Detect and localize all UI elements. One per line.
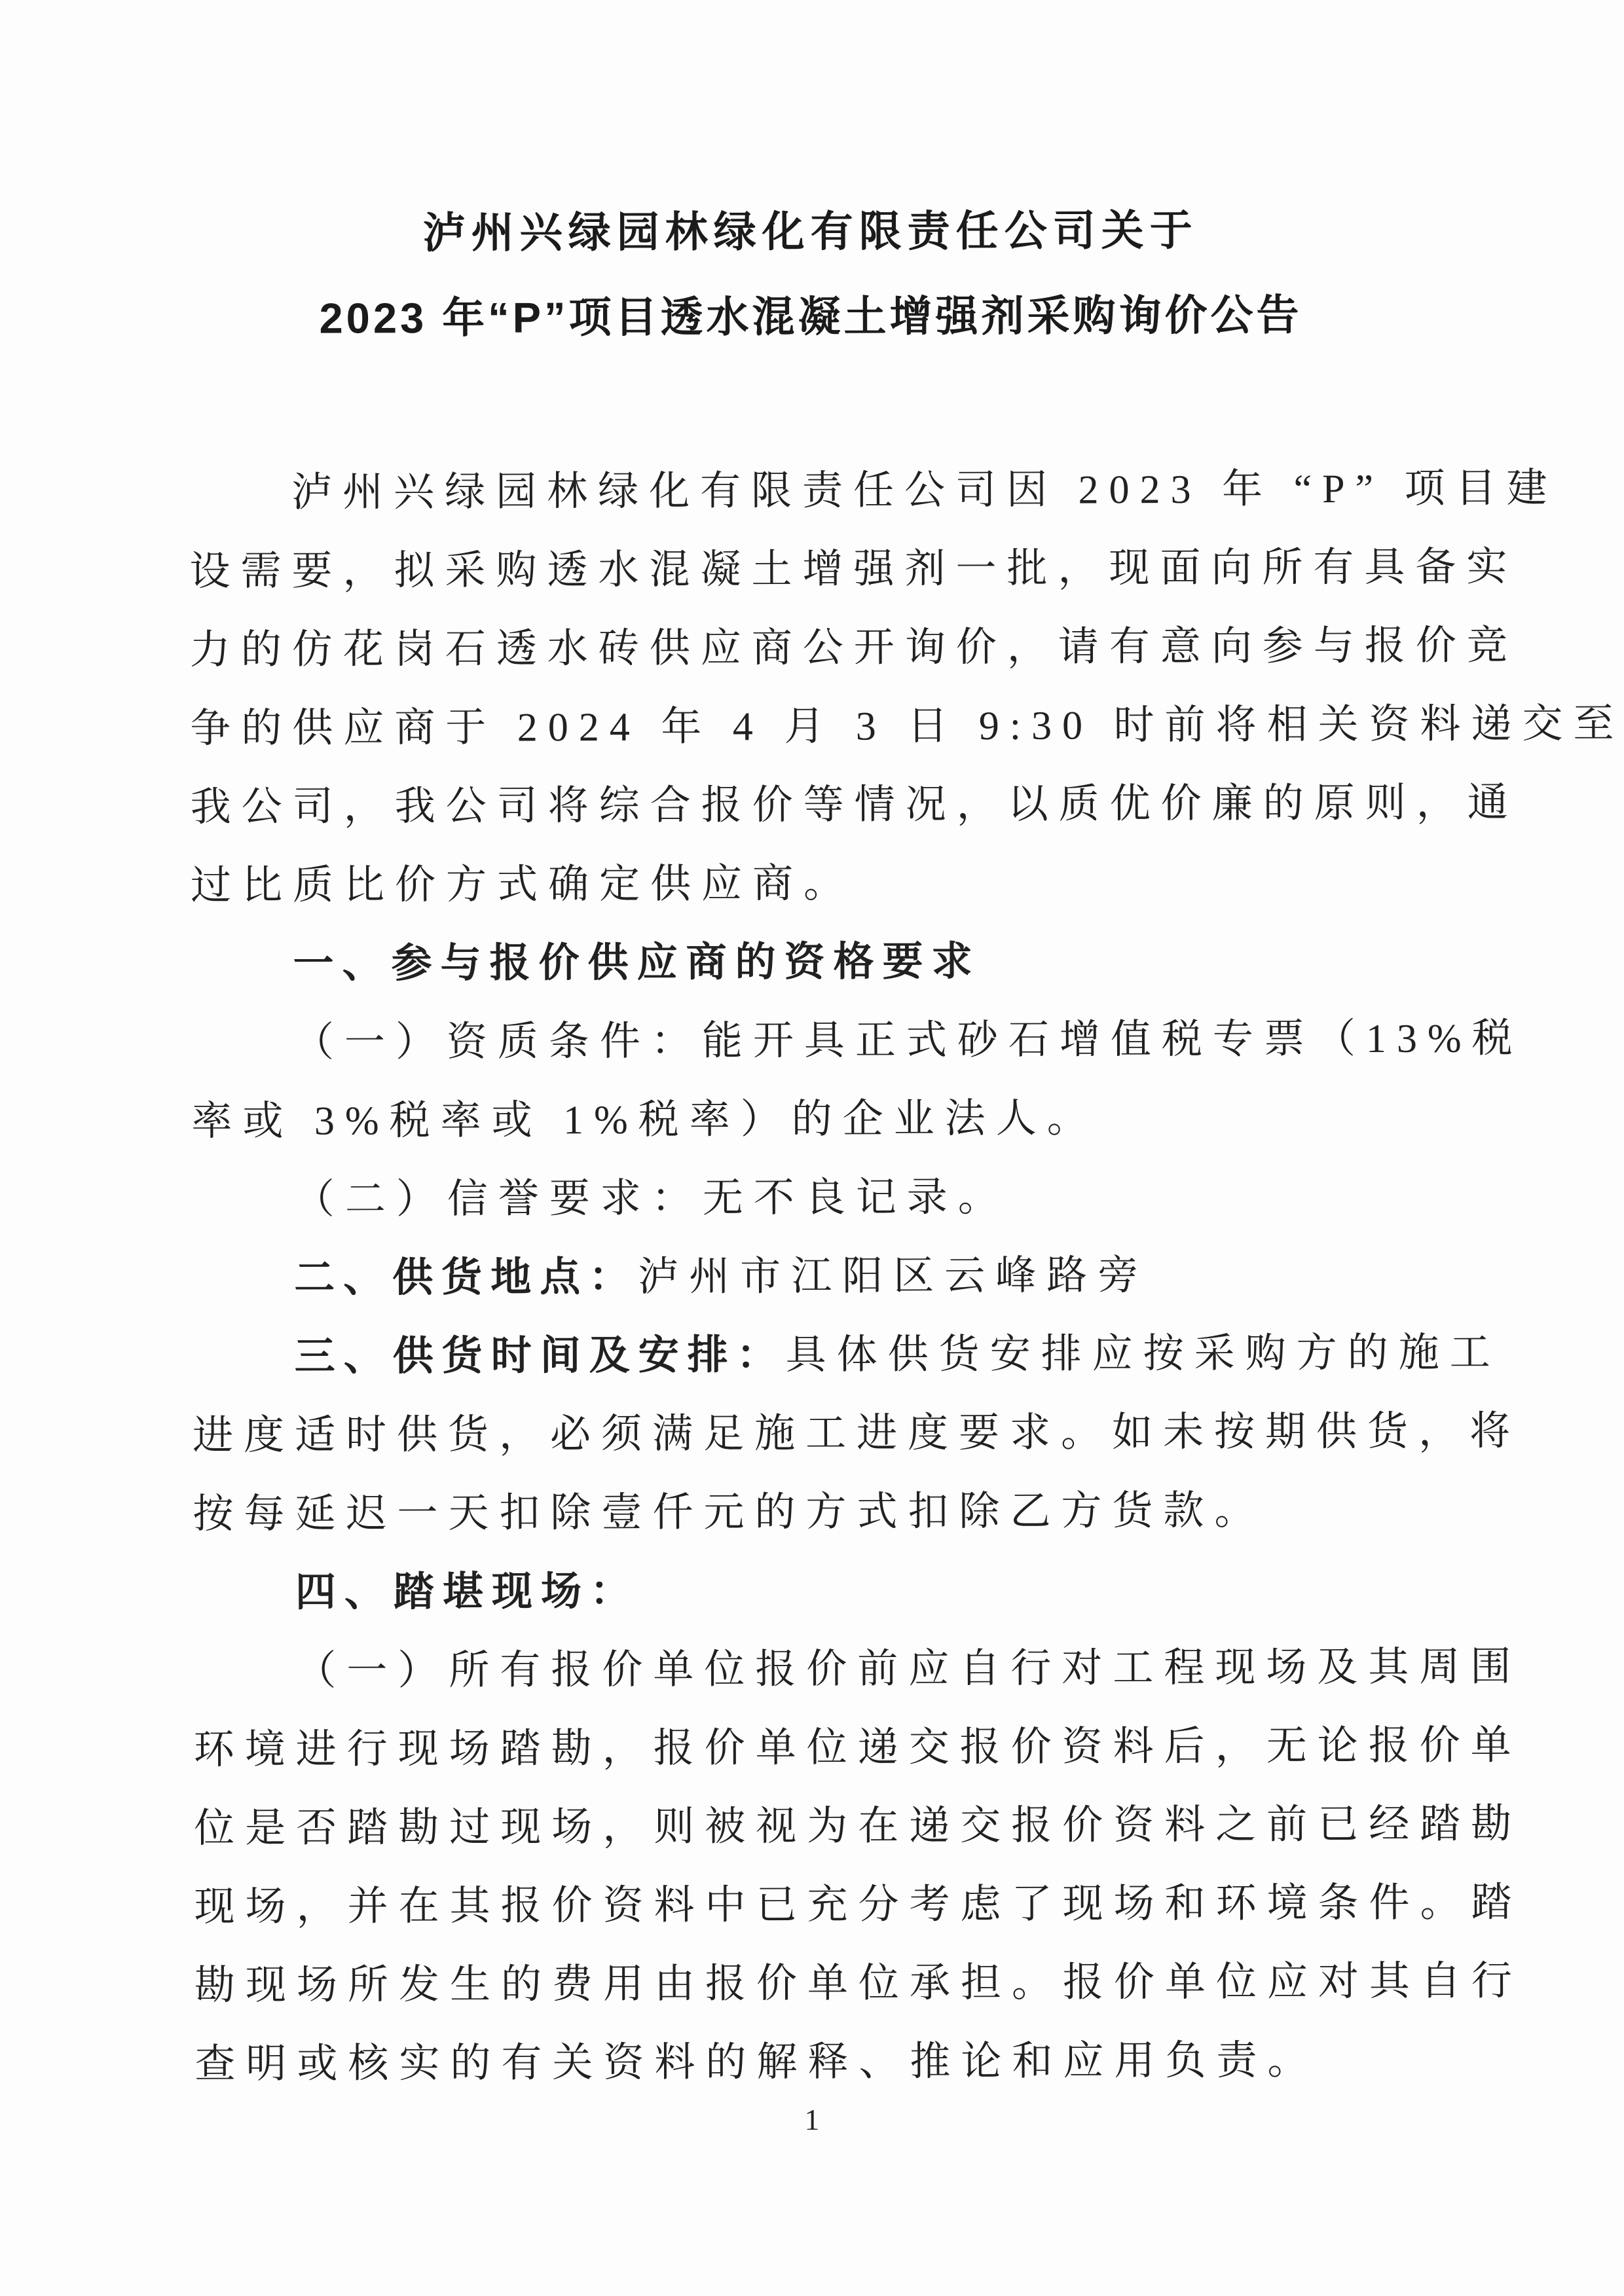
text-run: 进度适时供货，必须满足施工进度要求。如未按期供货，将	[193, 1409, 1521, 1458]
text-line: 率或 3%税率或 1%税率）的企业法人。	[191, 1078, 1435, 1161]
text-line: 现场，并在其报价资料中已充分考虑了现场和环境条件。踏	[194, 1864, 1438, 1947]
document-title-line-2: 2023 年“P”项目透水混凝土增强剂采购询价公告	[189, 289, 1433, 346]
text-line: 一、参与报价供应商的资格要求	[191, 921, 1435, 1004]
text-line: 环境进行现场踏勘，报价单位递交报价资料后，无论报价单	[194, 1707, 1438, 1790]
text-run: 现场，并在其报价资料中已充分考虑了现场和环境条件。踏	[194, 1880, 1522, 1929]
text-line: 争的供应商于 2024 年 4 月 3 日 9:30 时前将相关资料递交至	[190, 685, 1434, 769]
heading-run: 一、参与报价供应商的资格要求	[293, 939, 980, 987]
document-content: 泸州兴绿园林绿化有限责任公司关于 2023 年“P”项目透水混凝土增强剂采购询价…	[187, 0, 1439, 2104]
text-run: 按每延迟一天扣除壹仟元的方式扣除乙方货款。	[193, 1489, 1265, 1537]
text-line: 进度适时供货，必须满足施工进度要求。如未按期供货，将	[193, 1393, 1437, 1476]
heading-run: 三、供货时间及安排：	[295, 1332, 786, 1379]
page-number: 1	[0, 2100, 1624, 2140]
text-run: 争的供应商于 2024 年 4 月 3 日 9:30 时前将相关资料递交至	[190, 702, 1624, 752]
document-title-line-1: 泸州兴绿园林绿化有限责任公司关于	[188, 204, 1432, 261]
text-line: 过比质比价方式确定供应商。	[191, 843, 1435, 926]
text-run: 力的仿花岗石透水砖供应商公开询价，请有意向参与报价竞	[190, 623, 1518, 672]
text-run: （一）资质条件：能开具正式砂石增值税专票（13%税	[293, 1016, 1523, 1065]
text-line: （一）资质条件：能开具正式砂石增值税专票（13%税	[191, 1000, 1435, 1083]
text-run: 我公司，我公司将综合报价等情况，以质优价廉的原则，通	[191, 780, 1519, 829]
text-run: 设需要，拟采购透水混凝土增强剂一批，现面向所有具备实	[189, 545, 1517, 594]
document-page: 泸州兴绿园林绿化有限责任公司关于 2023 年“P”项目透水混凝土增强剂采购询价…	[0, 0, 1624, 2296]
text-run: 勘现场所发生的费用由报价单位承担。报价单位应对其自行	[194, 1959, 1522, 2008]
text-run: 率或 3%税率或 1%税率）的企业法人。	[191, 1096, 1098, 1144]
text-line: 按每延迟一天扣除壹仟元的方式扣除乙方货款。	[193, 1471, 1437, 1554]
text-run: （一）所有报价单位报价前应自行对工程现场及其周围	[295, 1645, 1521, 1694]
text-line: 泸州兴绿园林绿化有限责任公司因 2023 年 “P” 项目建	[189, 450, 1433, 533]
document-body: 泸州兴绿园林绿化有限责任公司因 2023 年 “P” 项目建设需要，拟采购透水混…	[189, 450, 1439, 2104]
text-run: 泸州市江阳区云峰路旁	[638, 1253, 1149, 1300]
text-line: 查明或核实的有关资料的解释、推论和应用负责。	[194, 2021, 1439, 2104]
text-line: 四、踏堪现场：	[193, 1550, 1437, 1633]
text-line: （二）信誉要求：无不良记录。	[192, 1157, 1436, 1240]
text-line: 三、供货时间及安排：具体供货安排应按采购方的施工	[192, 1314, 1436, 1397]
text-run: 查明或核实的有关资料的解释、推论和应用负责。	[194, 2038, 1318, 2086]
text-run: （二）信誉要求：无不良记录。	[294, 1175, 1009, 1222]
text-line: 位是否踏勘过现场，则被视为在递交报价资料之前已经踏勘	[194, 1785, 1438, 1868]
heading-run: 四、踏堪现场：	[295, 1569, 639, 1615]
text-line: 勘现场所发生的费用由报价单位承担。报价单位应对其自行	[194, 1942, 1439, 2026]
text-line: 设需要，拟采购透水混凝土增强剂一批，现面向所有具备实	[189, 528, 1433, 611]
text-run: 位是否踏勘过现场，则被视为在递交报价资料之前已经踏勘	[194, 1802, 1522, 1851]
text-run: 具体供货安排应按采购方的施工	[786, 1330, 1501, 1377]
text-line: 二、供货地点：泸州市江阳区云峰路旁	[192, 1235, 1436, 1319]
document-title: 泸州兴绿园林绿化有限责任公司关于 2023 年“P”项目透水混凝土增强剂采购询价…	[188, 204, 1433, 346]
text-line: 我公司，我公司将综合报价等情况，以质优价廉的原则，通	[190, 764, 1434, 847]
heading-run: 二、供货地点：	[294, 1254, 638, 1301]
text-run: 泸州兴绿园林绿化有限责任公司因 2023 年 “P” 项目建	[291, 466, 1558, 515]
text-line: （一）所有报价单位报价前应自行对工程现场及其周围	[193, 1628, 1437, 1711]
text-run: 环境进行现场踏勘，报价单位递交报价资料后，无论报价单	[194, 1723, 1522, 1772]
text-line: 力的仿花岗石透水砖供应商公开询价，请有意向参与报价竞	[190, 607, 1434, 690]
text-run: 过比质比价方式确定供应商。	[191, 862, 855, 909]
